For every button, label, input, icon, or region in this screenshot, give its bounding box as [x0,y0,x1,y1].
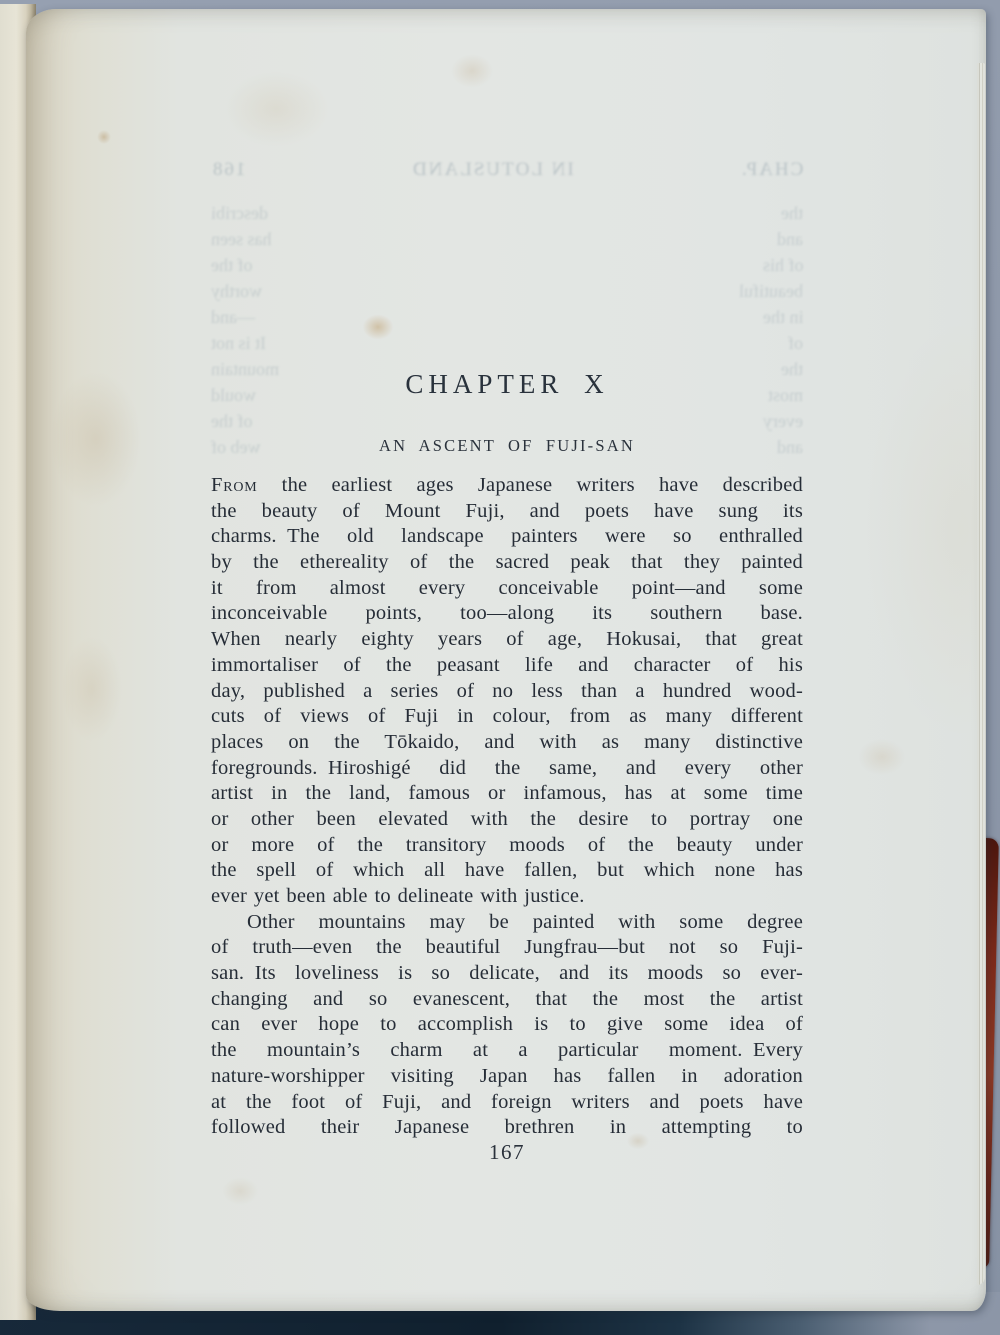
text-line: changing and so evanescent, that the mos… [211,987,803,1013]
text-line: artist in the land, famous or infamous, … [211,781,803,807]
book-page: 168 IN LOTUSLAND CHAP. describithehas se… [26,9,986,1311]
verso-running-header: 168 IN LOTUSLAND CHAP. [211,159,803,181]
text-line: of truth—even the beautiful Jungfrau—but… [211,935,803,961]
verso-ghost-row: of theof his [211,255,803,281]
verso-ghost-word: —and [211,307,255,333]
verso-chap-label: CHAP. [740,159,803,181]
verso-page-number: 168 [211,159,246,181]
verso-ghost-word: of [788,333,803,359]
text-line: cuts of views of Fuji in colour, from as… [211,704,803,730]
verso-ghost-word: every [763,411,803,437]
verso-ghost-word: in the [763,307,804,333]
verso-text-ghost: describithehas seenandof theof hisworthy… [211,203,803,463]
verso-ghost-word: has seen [211,229,271,255]
verso-ghost-word: worthy [211,281,262,307]
text-line: it from almost every conceivable point—a… [211,576,803,602]
text-line: day, published a series of no less than … [211,679,803,705]
text-line: foregrounds. Hiroshigé did the same, and… [211,756,803,782]
text-line: can ever hope to accomplish is to give s… [211,1012,803,1038]
paragraph: Other mountains may be painted with some… [211,910,803,1141]
text-line: the spell of which all have fallen, but … [211,858,803,884]
verso-ghost-word: of the [211,255,252,281]
verso-ghost-word: of his [763,255,804,281]
text-line: nature-worshipper visiting Japan has fal… [211,1064,803,1090]
text-line: ever yet been able to delineate with jus… [211,884,803,910]
verso-ghost-row: worthybeautiful [211,281,803,307]
chapter-subtitle: AN ASCENT OF FUJI-SAN [211,436,803,456]
small-caps-lead: From [211,474,258,496]
verso-ghost-row: describithe [211,203,803,229]
text-line: at the foot of Fuji, and foreign writers… [211,1090,803,1116]
text-line: the beauty of Mount Fuji, and poets have… [211,499,803,525]
text-line: or other been elevated with the desire t… [211,807,803,833]
text-line: Other mountains may be painted with some… [211,910,803,936]
verso-ghost-word: It is not [211,333,266,359]
chapter-heading: CHAPTER X [211,369,803,400]
verso-ghost-row: It is notof [211,333,803,359]
page-number: 167 [211,1140,803,1165]
text-line: the mountain’s charm at a particular mom… [211,1038,803,1064]
verso-ghost-word: describi [211,203,268,229]
text-line: or more of the transitory moods of the b… [211,833,803,859]
verso-ghost-row: —andin the [211,307,803,333]
body-text: From the earliest ages Japanese writers … [211,473,803,1141]
text-line: immortaliser of the peasant life and cha… [211,653,803,679]
text-line: From the earliest ages Japanese writers … [211,473,803,499]
text-line: inconceivable points, too—along its sout… [211,601,803,627]
verso-ghost-row: of theevery [211,411,803,437]
text-line: places on the Tōkaido, and with as many … [211,730,803,756]
text-line: charms. The old landscape painters were … [211,524,803,550]
text-line: by the ethereality of the sacred peak th… [211,550,803,576]
verso-ghost-word: and [777,229,803,255]
verso-ghost-word: beautiful [739,281,803,307]
text-line: san. Its loveliness is so delicate, and … [211,961,803,987]
text-line: followed their Japanese brethren in atte… [211,1115,803,1141]
verso-ghost-word: of the [211,411,252,437]
verso-show-through: 168 IN LOTUSLAND CHAP. describithehas se… [211,159,803,463]
verso-book-title: IN LOTUSLAND [411,159,574,181]
verso-ghost-word: the [781,203,803,229]
paragraph: From the earliest ages Japanese writers … [211,473,803,910]
text-line: When nearly eighty years of age, Hokusai… [211,627,803,653]
verso-ghost-row: has seenand [211,229,803,255]
